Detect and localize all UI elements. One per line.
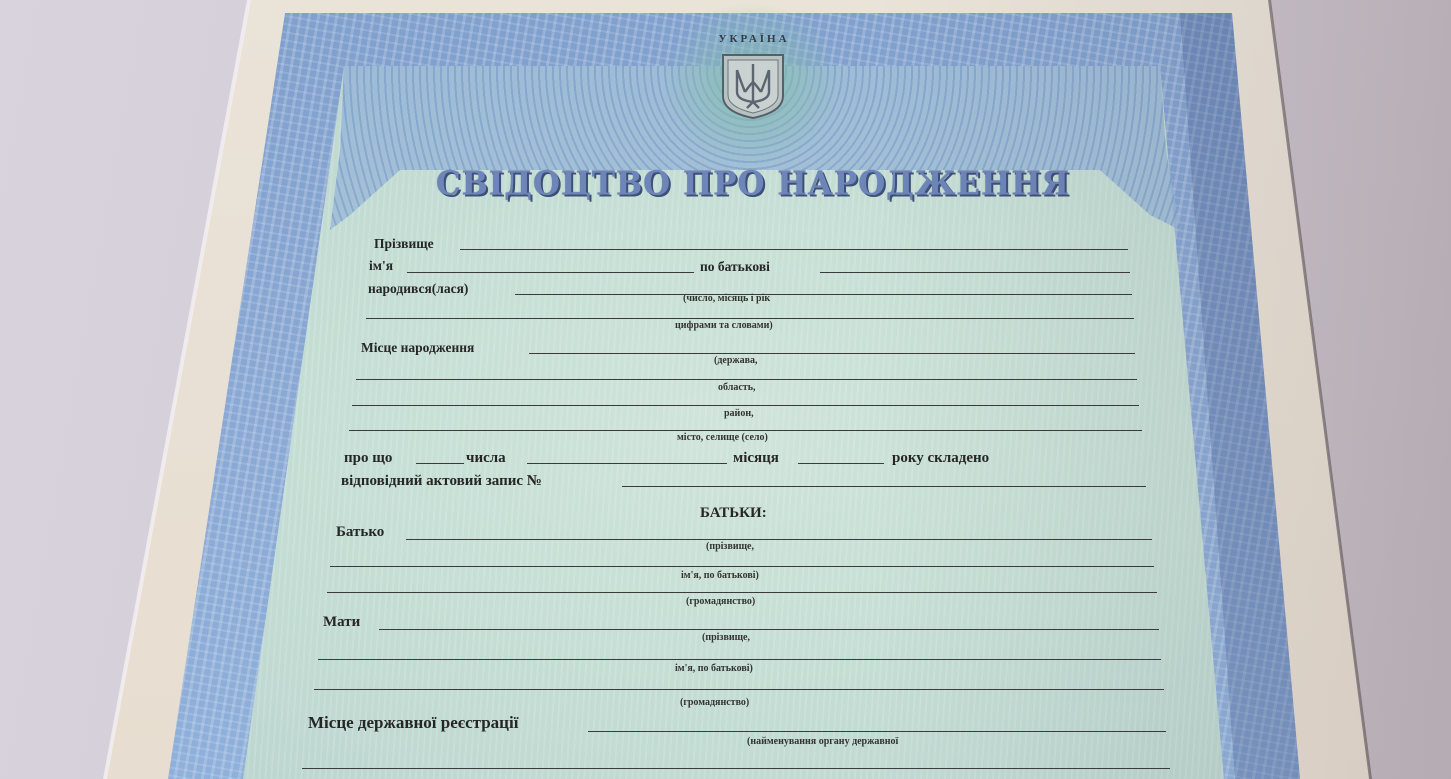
record-day-field[interactable] (416, 463, 464, 464)
mother-label: Мати (323, 614, 360, 631)
registration-field-2[interactable] (302, 768, 1170, 769)
patronymic-field[interactable] (820, 272, 1130, 273)
mother-hint-surname: (прізвище, (702, 632, 750, 643)
mother-hint-citizenship: (громадянство) (680, 697, 749, 708)
birthplace-hint-state: (держава, (714, 355, 758, 366)
born-label: народився(лася) (368, 281, 468, 297)
father-field-2[interactable] (330, 566, 1154, 567)
record-date-label-3: місяця (733, 450, 779, 467)
surname-field[interactable] (460, 249, 1128, 250)
trident-coat-of-arms-icon (715, 52, 791, 120)
father-field-3[interactable] (327, 592, 1157, 593)
mother-field-3[interactable] (314, 689, 1164, 690)
birth-date-hint-1: (число, місяць і рік (683, 293, 770, 304)
birthplace-label: Місце народження (361, 340, 474, 356)
record-entry-field[interactable] (622, 486, 1146, 487)
birthplace-hint-city: місто, селище (село) (677, 432, 768, 443)
father-hint-name: ім'я, по батькові) (681, 570, 759, 581)
mother-field-2[interactable] (318, 659, 1161, 660)
name-field[interactable] (407, 272, 694, 273)
birthplace-hint-district: район, (724, 408, 754, 419)
father-label: Батько (336, 524, 384, 541)
surname-label: Прізвище (374, 236, 434, 252)
birth-date-field-2[interactable] (366, 318, 1134, 319)
birth-date-hint-2: цифрами та словами) (675, 320, 773, 331)
name-label: ім'я (369, 258, 393, 274)
registration-field[interactable] (588, 731, 1166, 732)
registration-label: Місце державної реєстрації (308, 713, 518, 733)
father-hint-surname: (прізвище, (706, 541, 754, 552)
father-hint-citizenship: (громадянство) (686, 596, 755, 607)
birthplace-field[interactable] (529, 353, 1135, 354)
birth-date-field[interactable] (515, 294, 1132, 295)
record-date-label-4: року складено (892, 450, 989, 467)
registration-hint: (найменування органу державної (747, 736, 898, 747)
record-entry-label: відповідний актовий запис № (341, 473, 542, 490)
birthplace-field-3[interactable] (352, 405, 1139, 406)
patronymic-label: по батькові (700, 259, 770, 275)
record-month-field[interactable] (527, 463, 727, 464)
birthplace-field-2[interactable] (356, 379, 1137, 380)
mother-hint-name: ім'я, по батькові) (675, 663, 753, 674)
parents-heading: БАТЬКИ: (700, 505, 767, 522)
document-title: СВІДОЦТВО ПРО НАРОДЖЕННЯ (430, 165, 1076, 203)
father-field[interactable] (406, 539, 1152, 540)
mother-field[interactable] (379, 629, 1159, 630)
birthplace-field-4[interactable] (349, 430, 1142, 431)
record-year-field[interactable] (798, 463, 884, 464)
country-name: УКРАЇНА (704, 33, 804, 45)
birthplace-hint-region: область, (718, 382, 756, 393)
record-date-label-1: про що (344, 450, 392, 467)
record-date-label-2: числа (466, 450, 506, 467)
